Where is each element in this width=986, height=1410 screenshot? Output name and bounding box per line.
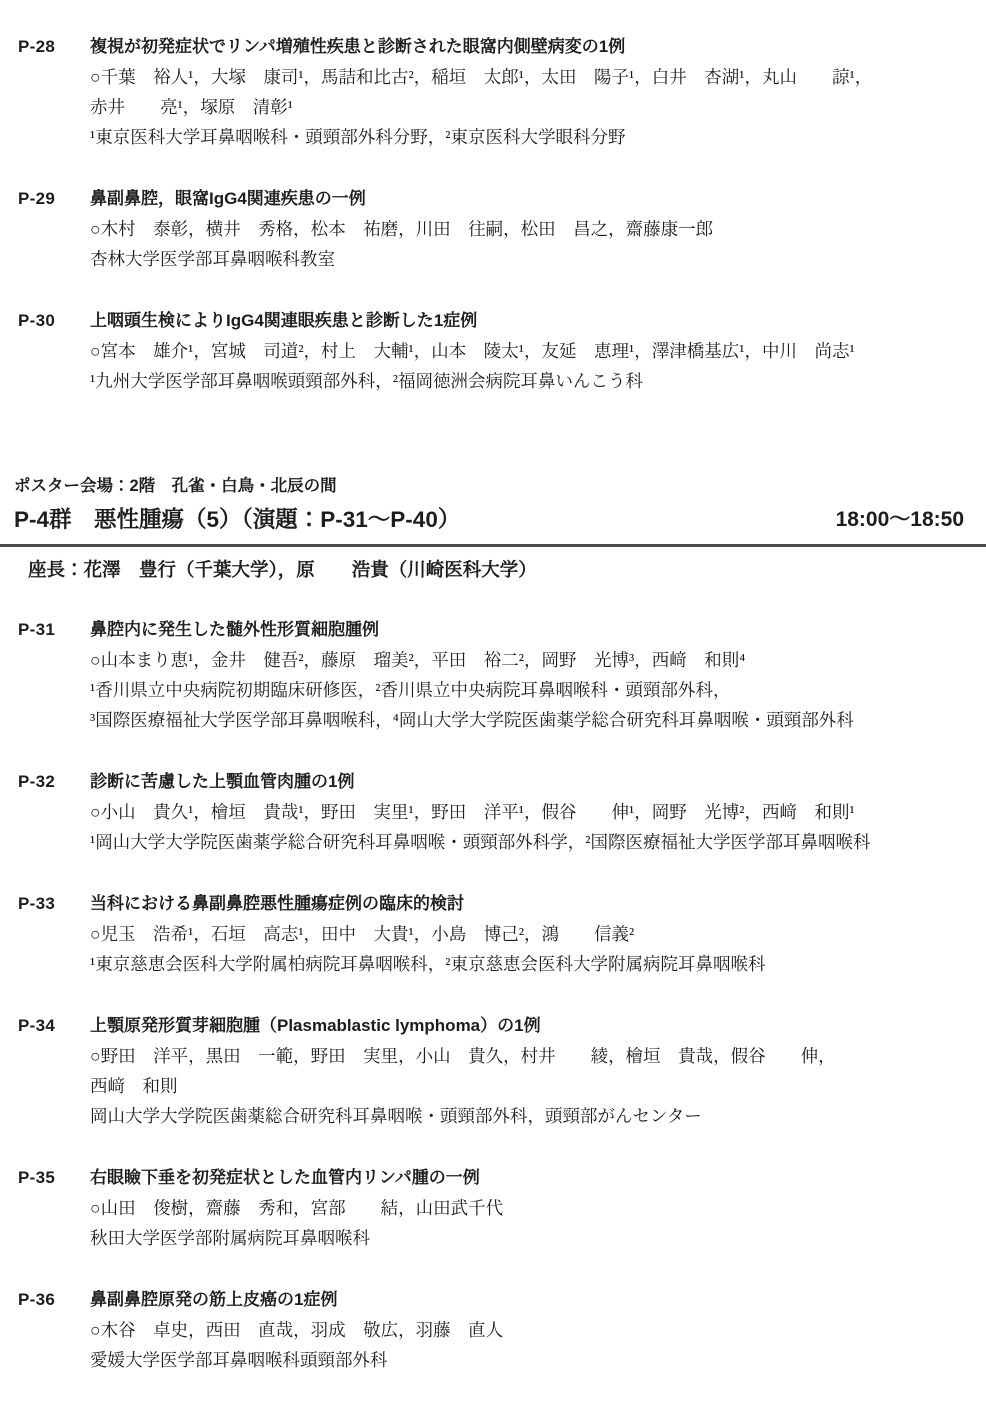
presentation-title: 上顎原発形質芽細胞腫（Plasmablastic lymphoma）の1例 <box>90 1011 966 1041</box>
poster-venue: ポスター会場：2階 孔雀・白鳥・北辰の間 <box>14 474 966 498</box>
presentation-number: P-34 <box>18 1011 90 1131</box>
entry-content: 診断に苦慮した上顎血管肉腫の1例 ○小山 貴久¹，檜垣 貴哉¹，野田 実里¹，野… <box>90 767 966 857</box>
presentation-authors: ○木谷 卓史，西田 直哉，羽成 敬広，羽藤 直人 <box>90 1315 966 1345</box>
entry-p-31: P-31 鼻腔内に発生した髄外性形質細胞腫例 ○山本まり恵¹，金井 健吾²，藤原… <box>18 615 966 735</box>
presentation-affiliation: ³国際医療福祉大学医学部耳鼻咽喉科，⁴岡山大学大学院医歯薬学総合研究科耳鼻咽喉・… <box>90 705 966 735</box>
entry-content: 上顎原発形質芽細胞腫（Plasmablastic lymphoma）の1例 ○野… <box>90 1011 966 1131</box>
presentation-affiliation: 岡山大学大学院医歯薬総合研究科耳鼻咽喉・頭頸部外科，頭頸部がんセンター <box>90 1101 966 1131</box>
presentation-affiliation: ¹岡山大学大学院医歯薬学総合研究科耳鼻咽喉・頭頸部外科学，²国際医療福祉大学医学… <box>90 827 966 857</box>
presentation-authors: ○山本まり恵¹，金井 健吾²，藤原 瑠美²，平田 裕二²，岡野 光博³，西﨑 和… <box>90 645 966 675</box>
session-chairs: 座長：花澤 豊行（千葉大学），原 浩貴（川崎医科大学） <box>14 557 966 583</box>
session-group-title: P-4群 悪性腫瘍（5）（演題：P-31～P-40） <box>14 504 460 536</box>
entry-content: 鼻副鼻腔原発の筋上皮癌の1症例 ○木谷 卓史，西田 直哉，羽成 敬広，羽藤 直人… <box>90 1285 966 1375</box>
session-time: 18:00～18:50 <box>836 504 966 536</box>
entry-p-30: P-30 上咽頭生検によりIgG4関連眼疾患と診断した1症例 ○宮本 雄介¹，宮… <box>18 306 966 396</box>
presentation-affiliation: 愛媛大学医学部耳鼻咽喉科頭頸部外科 <box>90 1345 966 1375</box>
entry-content: 鼻腔内に発生した髄外性形質細胞腫例 ○山本まり恵¹，金井 健吾²，藤原 瑠美²，… <box>90 615 966 735</box>
presentation-number: P-36 <box>18 1285 90 1375</box>
presentation-title: 鼻副鼻腔，眼窩IgG4関連疾患の一例 <box>90 184 966 214</box>
presentation-number: P-31 <box>18 615 90 735</box>
entry-content: 鼻副鼻腔，眼窩IgG4関連疾患の一例 ○木村 泰彰，横井 秀格，松本 祐磨，川田… <box>90 184 966 274</box>
entry-content: 右眼瞼下垂を初発症状とした血管内リンパ腫の一例 ○山田 俊樹，齋藤 秀和，宮部 … <box>90 1163 966 1253</box>
presentation-affiliation: ¹香川県立中央病院初期臨床研修医，²香川県立中央病院耳鼻咽喉科・頭頸部外科， <box>90 675 966 705</box>
presentation-title: 上咽頭生検によりIgG4関連眼疾患と診断した1症例 <box>90 306 966 336</box>
entry-p-35: P-35 右眼瞼下垂を初発症状とした血管内リンパ腫の一例 ○山田 俊樹，齋藤 秀… <box>18 1163 966 1253</box>
presentation-number: P-28 <box>18 32 90 152</box>
presentation-title: 当科における鼻副鼻腔悪性腫瘍症例の臨床的検討 <box>90 889 966 919</box>
presentation-title: 右眼瞼下垂を初発症状とした血管内リンパ腫の一例 <box>90 1163 966 1193</box>
entry-p-34: P-34 上顎原発形質芽細胞腫（Plasmablastic lymphoma）の… <box>18 1011 966 1131</box>
divider-rule <box>0 544 986 547</box>
presentation-title: 診断に苦慮した上顎血管肉腫の1例 <box>90 767 966 797</box>
presentation-authors: ○千葉 裕人¹，大塚 康司¹，馬詰和比古²，稲垣 太郎¹，太田 陽子¹，白井 杏… <box>90 62 966 92</box>
presentation-authors: ○宮本 雄介¹，宮城 司道²，村上 大輔¹，山本 陵太¹，友延 恵理¹，澤津橋基… <box>90 336 966 366</box>
presentation-title: 鼻腔内に発生した髄外性形質細胞腫例 <box>90 615 966 645</box>
session-header: ポスター会場：2階 孔雀・白鳥・北辰の間 P-4群 悪性腫瘍（5）（演題：P-3… <box>14 474 966 583</box>
presentation-authors: ○小山 貴久¹，檜垣 貴哉¹，野田 実里¹，野田 洋平¹，假谷 伸¹，岡野 光博… <box>90 797 966 827</box>
entry-p-28: P-28 複視が初発症状でリンパ増殖性疾患と診断された眼窩内側壁病変の1例 ○千… <box>18 32 966 152</box>
presentation-title: 複視が初発症状でリンパ増殖性疾患と診断された眼窩内側壁病変の1例 <box>90 32 966 62</box>
presentation-authors: 赤井 亮¹，塚原 清彰¹ <box>90 92 966 122</box>
entry-p-29: P-29 鼻副鼻腔，眼窩IgG4関連疾患の一例 ○木村 泰彰，横井 秀格，松本 … <box>18 184 966 274</box>
presentation-number: P-30 <box>18 306 90 396</box>
presentation-affiliation: ¹東京慈恵会医科大学附属柏病院耳鼻咽喉科，²東京慈恵会医科大学附属病院耳鼻咽喉科 <box>90 949 966 979</box>
entry-p-36: P-36 鼻副鼻腔原発の筋上皮癌の1症例 ○木谷 卓史，西田 直哉，羽成 敬広，… <box>18 1285 966 1375</box>
presentation-authors: ○木村 泰彰，横井 秀格，松本 祐磨，川田 往嗣，松田 昌之，齋藤康一郎 <box>90 214 966 244</box>
presentation-number: P-32 <box>18 767 90 857</box>
entry-p-33: P-33 当科における鼻副鼻腔悪性腫瘍症例の臨床的検討 ○児玉 浩希¹，石垣 高… <box>18 889 966 979</box>
entry-content: 上咽頭生検によりIgG4関連眼疾患と診断した1症例 ○宮本 雄介¹，宮城 司道²… <box>90 306 966 396</box>
session-title-row: P-4群 悪性腫瘍（5）（演題：P-31～P-40） 18:00～18:50 <box>14 504 966 536</box>
presentation-authors: ○児玉 浩希¹，石垣 高志¹，田中 大貴¹，小島 博己²，鴻 信義² <box>90 919 966 949</box>
entry-p-32: P-32 診断に苦慮した上顎血管肉腫の1例 ○小山 貴久¹，檜垣 貴哉¹，野田 … <box>18 767 966 857</box>
presentation-affiliation: ¹九州大学医学部耳鼻咽喉頭頸部外科，²福岡徳洲会病院耳鼻いんこう科 <box>90 366 966 396</box>
presentation-affiliation: 秋田大学医学部附属病院耳鼻咽喉科 <box>90 1223 966 1253</box>
presentation-number: P-29 <box>18 184 90 274</box>
program-page: P-28 複視が初発症状でリンパ増殖性疾患と診断された眼窩内側壁病変の1例 ○千… <box>0 0 986 1410</box>
presentation-number: P-33 <box>18 889 90 979</box>
presentation-affiliation: ¹東京医科大学耳鼻咽喉科・頭頸部外科分野，²東京医科大学眼科分野 <box>90 122 966 152</box>
entry-content: 複視が初発症状でリンパ増殖性疾患と診断された眼窩内側壁病変の1例 ○千葉 裕人¹… <box>90 32 966 152</box>
entry-content: 当科における鼻副鼻腔悪性腫瘍症例の臨床的検討 ○児玉 浩希¹，石垣 高志¹，田中… <box>90 889 966 979</box>
presentation-authors: 西﨑 和則 <box>90 1071 966 1101</box>
presentation-number: P-35 <box>18 1163 90 1253</box>
presentation-affiliation: 杏林大学医学部耳鼻咽喉科教室 <box>90 244 966 274</box>
presentation-authors: ○野田 洋平，黒田 一範，野田 実里，小山 貴久，村井 綾，檜垣 貴哉，假谷 伸… <box>90 1041 966 1071</box>
presentation-title: 鼻副鼻腔原発の筋上皮癌の1症例 <box>90 1285 966 1315</box>
presentation-authors: ○山田 俊樹，齋藤 秀和，宮部 結，山田武千代 <box>90 1193 966 1223</box>
